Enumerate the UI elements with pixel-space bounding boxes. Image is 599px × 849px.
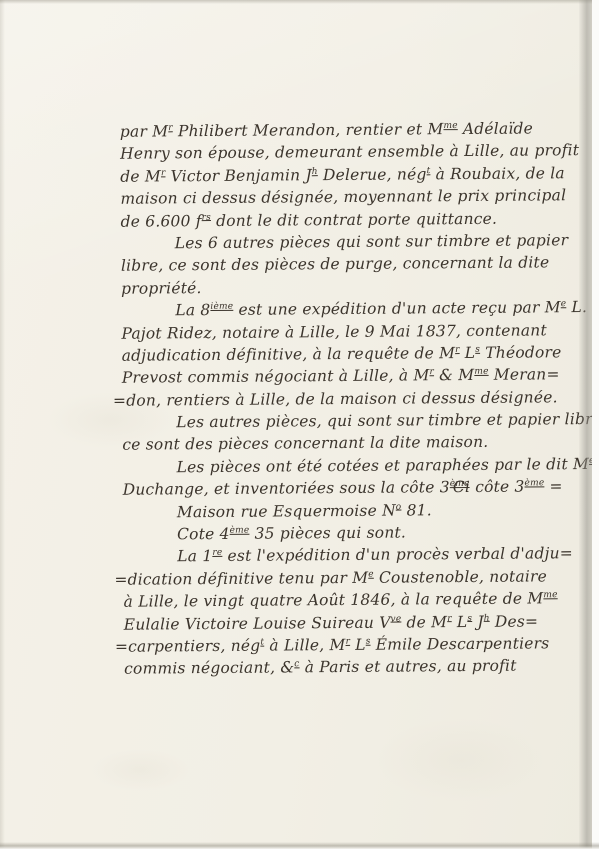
manuscript-line: commis négociant, &c à Paris et autres, …	[124, 655, 560, 681]
scan-edge-bottom	[0, 842, 599, 849]
margin-note: Ci côte 3ème =	[453, 476, 563, 499]
scanned-manuscript-page: par Mr Philibert Merandon, rentier et Mm…	[0, 0, 599, 849]
scan-edge-top	[0, 0, 599, 4]
page-edge-shadow	[579, 0, 592, 849]
scan-edge-left	[0, 0, 5, 849]
scan-edge-right	[592, 0, 599, 849]
manuscript-text: par Mr Philibert Merandon, rentier et Mm…	[120, 117, 560, 680]
